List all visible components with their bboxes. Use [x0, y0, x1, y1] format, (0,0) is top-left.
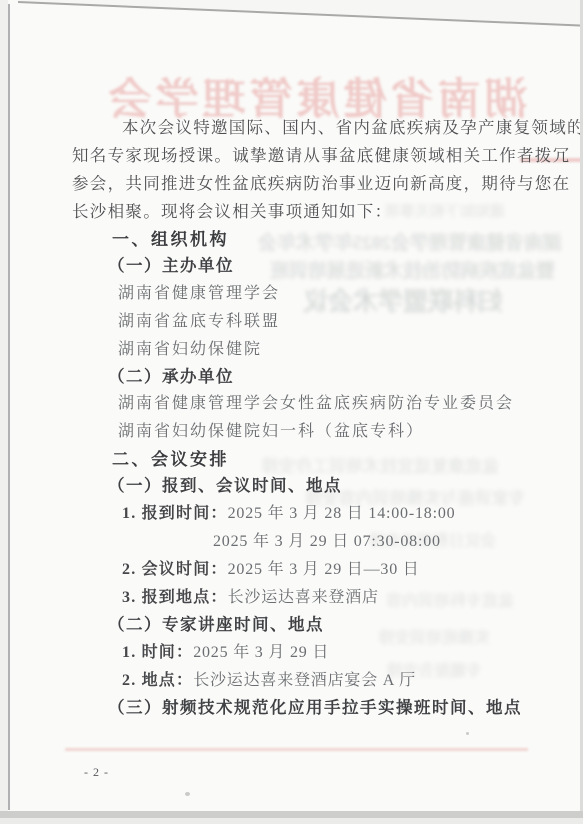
scanner-bottom-margin	[0, 818, 583, 824]
section-heading: 二、会议安排	[112, 445, 229, 470]
schedule-item-value: 2025 年 3 月 28 日 14:00-18:00	[228, 505, 456, 522]
schedule-item-line: 3. 报到地点：长沙运达喜来登酒店	[122, 584, 379, 607]
schedule-item-line: 2. 会议时间：2025 年 3 月 29 日—30 日	[122, 556, 420, 579]
intro-paragraph-line: 长沙相聚。现将会议相关事项通知如下：	[72, 198, 392, 222]
scan-speck	[466, 732, 469, 735]
sub-section-heading: （二）承办单位	[108, 363, 234, 387]
schedule-continuation-line: 2025 年 3 月 29 日 07:30-08:00	[213, 528, 441, 551]
scan-speck	[185, 792, 190, 796]
intro-paragraph-line: 参会，共同推进女性盆底疾病防治事业迈向新高度，期待与您在	[72, 170, 570, 194]
scanner-bottom-edge	[0, 811, 583, 818]
schedule-item-value: 2025 年 3 月 29 日	[193, 644, 329, 661]
schedule-item-line: 1. 时间：2025 年 3 月 29 日	[122, 639, 329, 662]
scanner-top-edge	[18, 0, 583, 29]
bleedthrough-red-header-rule	[65, 748, 528, 751]
schedule-item-label: 1. 时间：	[122, 644, 193, 661]
bleedthrough-ghost-line: 湖南省健康管理学会2025年学术年会	[240, 228, 580, 255]
organization-name: 湖南省妇幼保健院	[118, 336, 262, 359]
sub-section-heading: （二）专家讲座时间、地点	[108, 611, 324, 635]
sub-section-heading: （一）报到、会议时间、地点	[108, 472, 342, 496]
schedule-item-line: 2. 地点：长沙运达喜来登酒店宴会 A 厅	[122, 667, 416, 690]
organization-name: 湖南省盆底专科联盟	[118, 308, 280, 331]
schedule-item-value: 长沙运达喜来登酒店宴会 A 厅	[193, 672, 416, 689]
sub-section-heading: （三）射频技术规范化应用手拉手实操班时间、地点	[108, 694, 522, 718]
intro-paragraph-line: 知名专家现场授课。诚挚邀请从事盆底健康领域相关工作者拨冗	[72, 142, 570, 166]
schedule-item-label: 3. 报到地点：	[122, 589, 228, 606]
section-heading: 一、组织机构	[112, 225, 229, 250]
schedule-item-label: 2. 地点：	[122, 672, 193, 689]
bleedthrough-ghost-line: 暨盆底疾病防治技术新进展培训班	[245, 256, 580, 283]
schedule-item-label: 2. 会议时间：	[122, 561, 228, 578]
schedule-item-line: 1. 报到时间：2025 年 3 月 28 日 14:00-18:00	[122, 500, 455, 523]
scanned-notice-page: { "page": { "footer_page_number": "- 2 -…	[0, 0, 583, 824]
organization-name: 湖南省健康管理学会女性盆底疾病防治专业委员会	[118, 390, 514, 413]
footer-page-number: - 2 -	[84, 765, 109, 780]
schedule-item-label: 1. 报到时间：	[122, 505, 228, 522]
page-left-edge-line	[8, 4, 10, 810]
sub-section-heading: （一）主办单位	[108, 252, 234, 276]
intro-paragraph-line: 本次会议特邀国际、国内、省内盆底疾病及孕产康复领域的	[122, 114, 583, 138]
organization-name: 湖南省健康管理学会	[118, 280, 280, 303]
bleedthrough-ghost-line: 妇科联盟学术会议	[278, 282, 528, 318]
organization-name: 湖南省妇幼保健院妇一科（盆底专科）	[118, 418, 424, 441]
schedule-item-value: 2025 年 3 月 29 日—30 日	[228, 561, 420, 578]
scanner-left-margin	[0, 0, 8, 812]
schedule-item-value: 长沙运达喜来登酒店	[228, 589, 379, 606]
bleedthrough-ghost-line: 实操班培训安排	[300, 625, 568, 648]
